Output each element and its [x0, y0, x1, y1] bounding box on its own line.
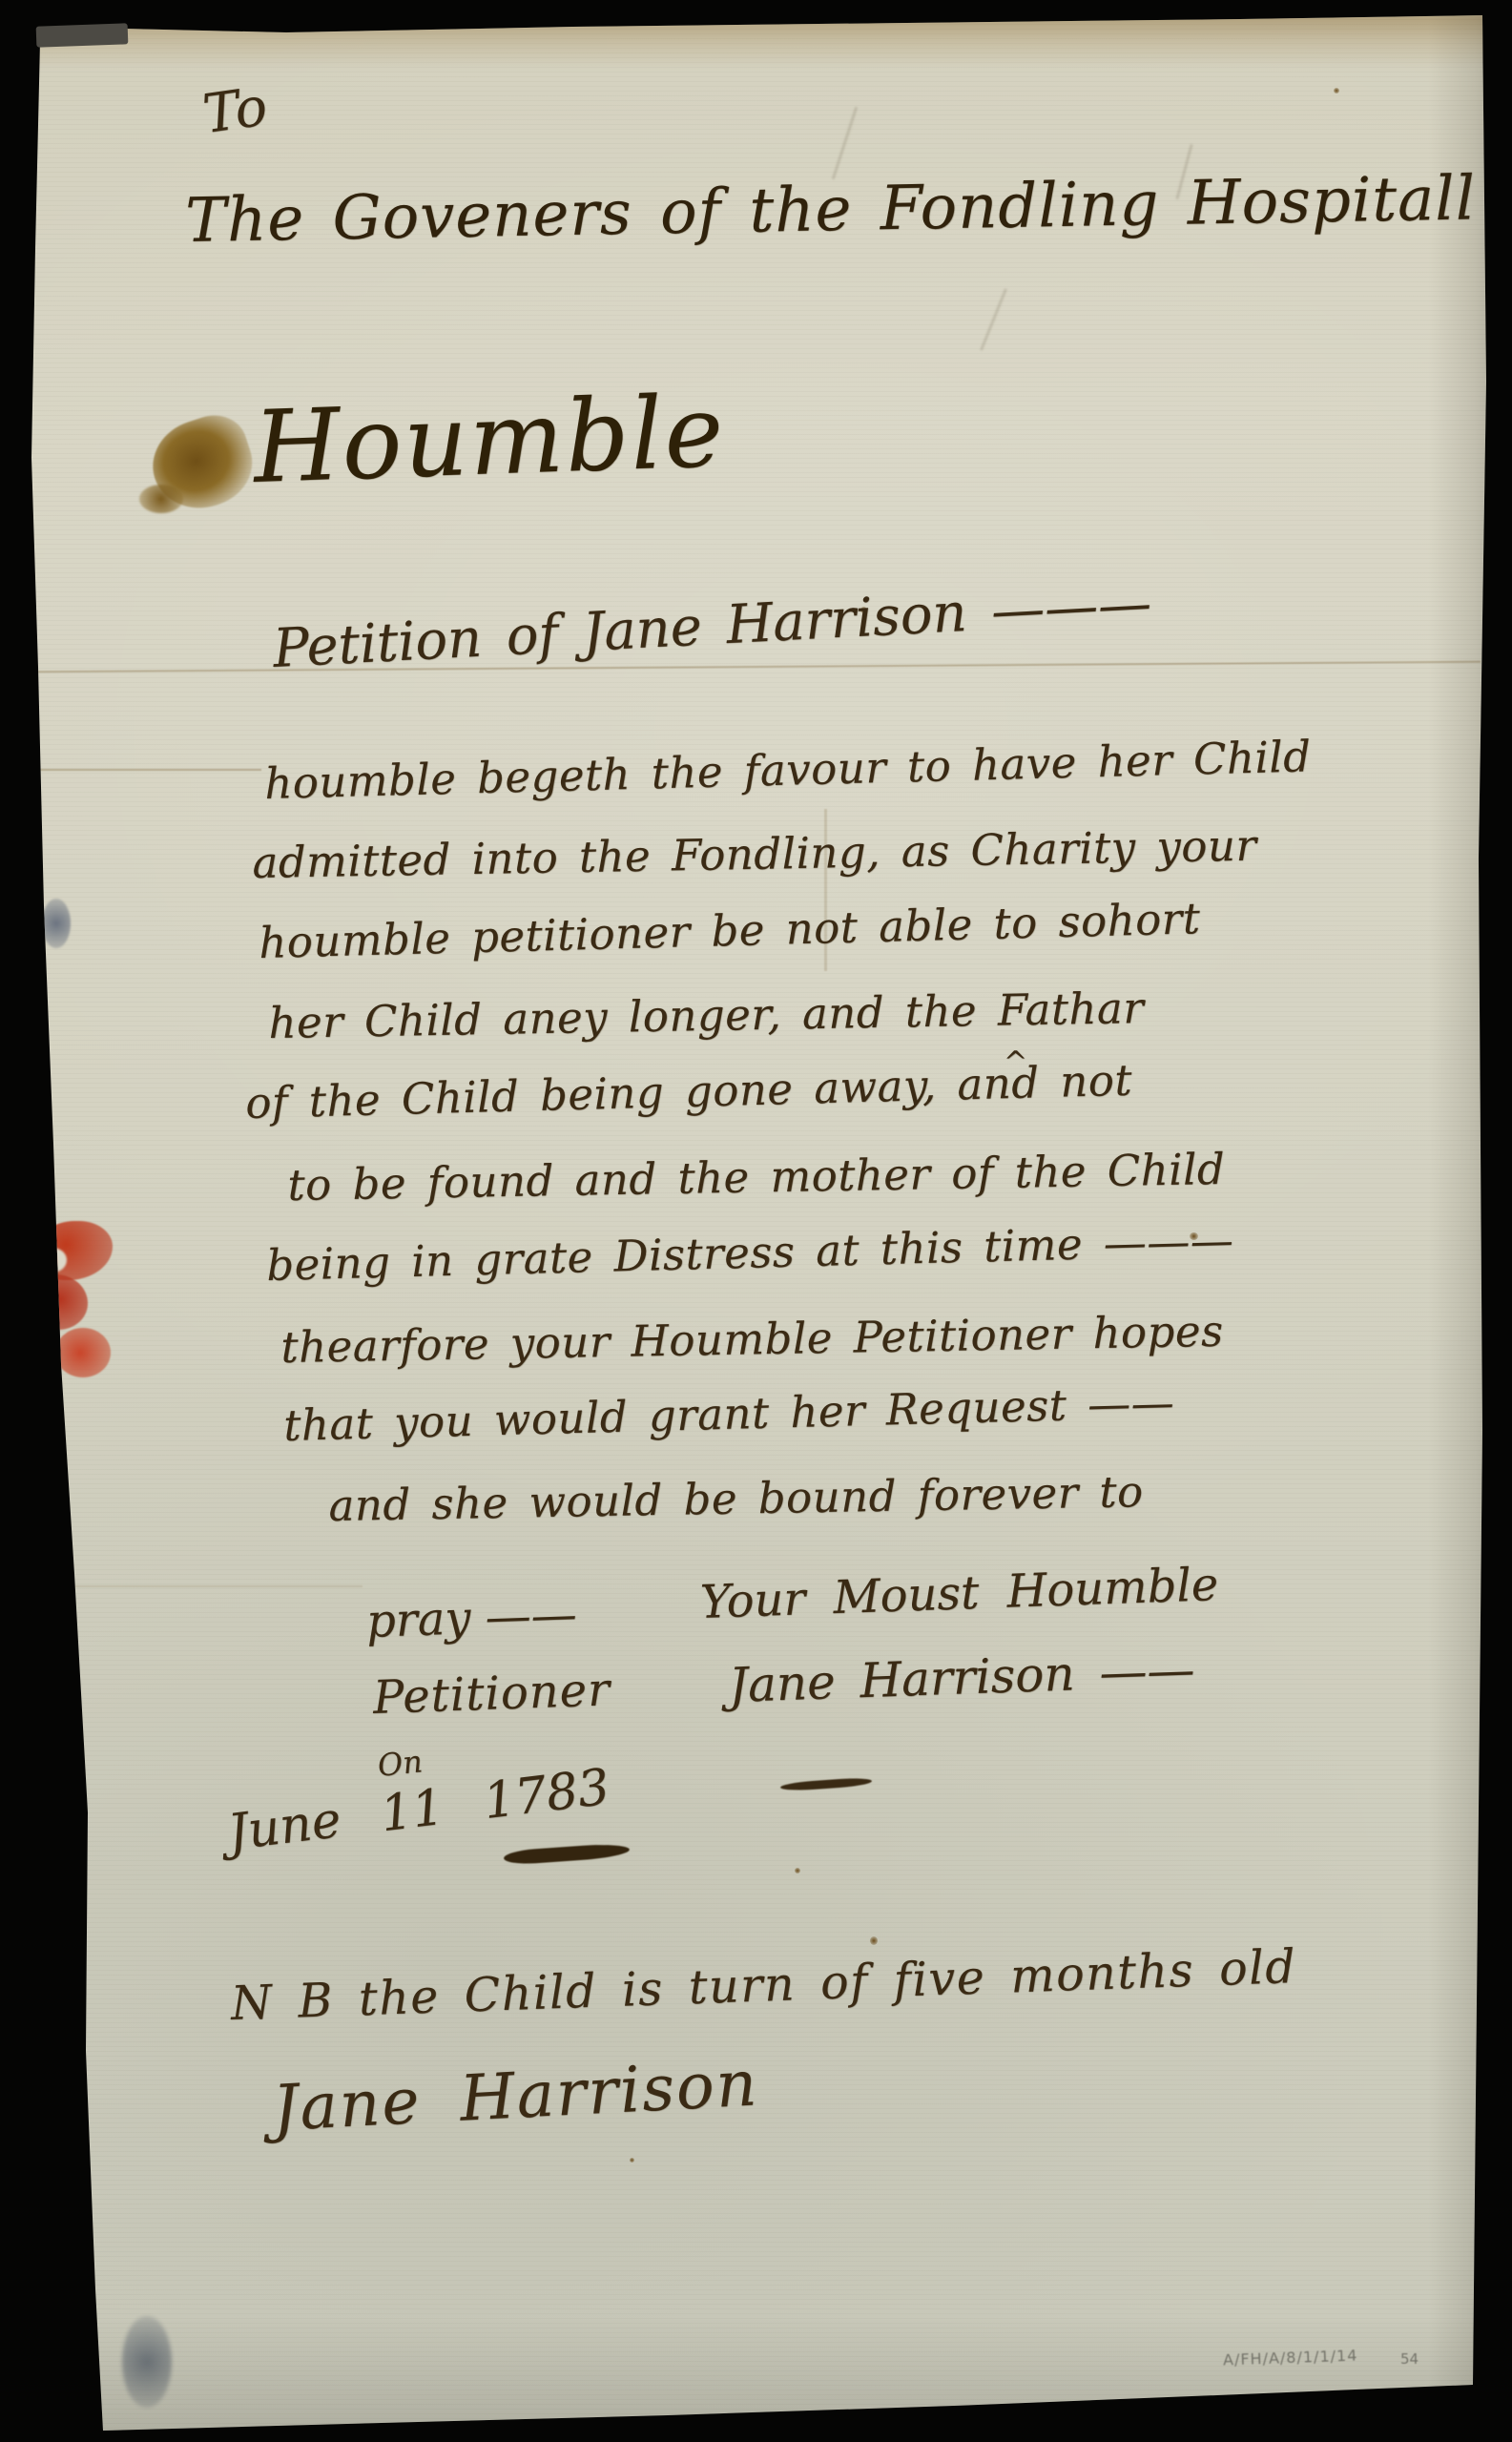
- body-line: of the Child being gone away, and not: [245, 1055, 1133, 1128]
- fold-crease: [32, 769, 261, 771]
- fox-speck: [630, 2158, 634, 2163]
- page-edge-shadow: [0, 2318, 1512, 2442]
- page-edge-shadow: [1428, 0, 1495, 2442]
- body-line: houmble petitioner be not able to sohort: [259, 893, 1201, 968]
- insertion-caret-mark: ^: [1004, 1045, 1027, 1079]
- fox-speck: [795, 1868, 800, 1873]
- photo-background: To The Goveners of the Fondling Hospital…: [0, 0, 1512, 2442]
- body-line: to be found and the mother of the Child: [287, 1144, 1226, 1211]
- red-wax-stain: [27, 1274, 88, 1330]
- body-line: thearfore your Houmble Petitioner hopes: [280, 1306, 1224, 1373]
- top-edge-stain: [0, 13, 1512, 69]
- show-through-mark: [980, 288, 1007, 351]
- show-through-mark: [832, 106, 859, 179]
- body-line: and she would be bound forever to: [328, 1466, 1144, 1531]
- closing-petitioner-name: Jane Harrison ——: [728, 1642, 1195, 1713]
- pen-flourish: [780, 1777, 872, 1792]
- petition-heading: Houmble: [252, 373, 727, 506]
- corner-binding-tab: [36, 23, 129, 47]
- document-page: To The Goveners of the Fondling Hospital…: [0, 0, 1512, 2442]
- fold-crease: [34, 661, 1481, 673]
- closing-petitioner-label: Petitioner: [372, 1663, 611, 1725]
- body-line: that you would grant her Request ——: [283, 1377, 1175, 1451]
- addressee-line: The Goveners of the Fondling Hospitall: [185, 163, 1477, 257]
- fold-crease: [57, 1585, 362, 1587]
- fox-speck: [1334, 88, 1339, 93]
- signature: Jane Harrison: [271, 2046, 760, 2145]
- red-wax-stain: [34, 1221, 113, 1280]
- grey-smudge: [42, 899, 71, 948]
- closing-valediction: Your Moust Houmble: [699, 1558, 1219, 1629]
- body-line: houmble begeth the favour to have her Ch…: [264, 731, 1312, 809]
- body-line: being in grate Distress at this time ———: [266, 1214, 1234, 1291]
- pen-flourish: [504, 1842, 631, 1865]
- ink-blot-stain: [139, 485, 183, 513]
- body-line: her Child aney longer, and the Fathar: [268, 983, 1145, 1048]
- red-wax-stain: [38, 1248, 67, 1273]
- date-prefix: On: [376, 1743, 425, 1784]
- body-line: admitted into the Fondling, as Charity y…: [252, 820, 1257, 888]
- fox-speck: [870, 1936, 878, 1945]
- salutation-text: To: [199, 75, 271, 146]
- red-wax-stain: [55, 1328, 111, 1377]
- closing-pray: pray ——: [365, 1587, 577, 1648]
- postscript-note: N B the Child is turn of five months old: [230, 1939, 1297, 2031]
